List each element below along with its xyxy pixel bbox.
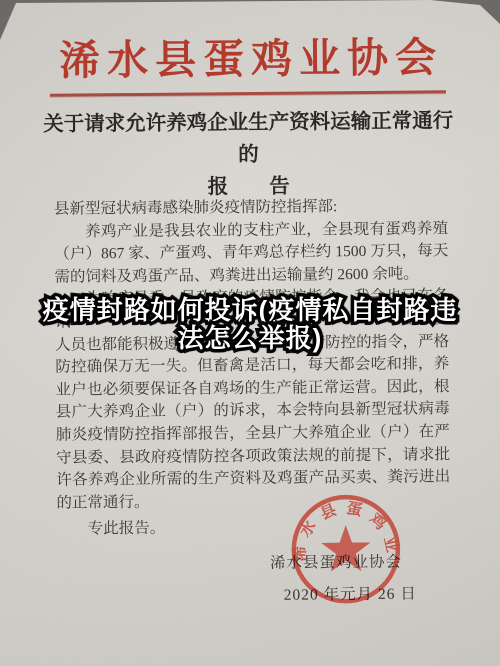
body-lines: 养鸡产业是我县农业的支柱产业，全县现有蛋鸡养殖企业（户）867 家、产蛋鸡、青年… xyxy=(54,218,451,515)
official-red-seal: 浠水县蛋鸡业协会 xyxy=(284,491,407,614)
document-title-line1: 关于请求允许养鸡企业生产资料运输正常通行的 xyxy=(38,105,459,173)
body-line: 肺炎疫情防控指挥部报告，全县广大养殖企业（户）在严格遵 xyxy=(56,421,450,447)
body-line: （户）867 家、产蛋鸡、青年鸡总存栏约 1500 万只，每天的所 xyxy=(54,240,448,266)
document-body: 县新型冠状病毒感染肺炎疫情防控指挥部: 养鸡产业是我县农业的支柱产业，全县现有蛋… xyxy=(54,195,451,541)
photo-of-document: 浠水县蛋鸡业协会 关于请求允许养鸡企业生产资料运输正常通行的 报 告 县新型冠状… xyxy=(0,0,500,666)
overlay-caption-line2: 法怎么举报) xyxy=(0,325,500,353)
body-line: 许各养鸡企业所需的生产资料及鸡蛋产品买卖、粪污进出运输 xyxy=(56,466,450,492)
letterhead-divider-line xyxy=(50,90,446,96)
letterhead-org-name: 浠水县蛋鸡业协会 xyxy=(0,24,498,87)
body-line: 县广大养鸡企业（户）的诉求，本会特向县新型冠状病毒感染 xyxy=(56,399,450,425)
overlay-caption-line1: 疫情封路如何投诉(疫情私自封路违 xyxy=(0,297,500,325)
overlay-caption: 疫情封路如何投诉(疫情私自封路违 法怎么举报) xyxy=(0,297,500,352)
body-line: 防控确保万无一失。但畜禽是活口，每天都会吃和排，养鸡企 xyxy=(55,353,449,379)
seal-star-icon xyxy=(321,525,371,572)
document-title: 关于请求允许养鸡企业生产资料运输正常通行的 报 告 xyxy=(38,105,459,205)
